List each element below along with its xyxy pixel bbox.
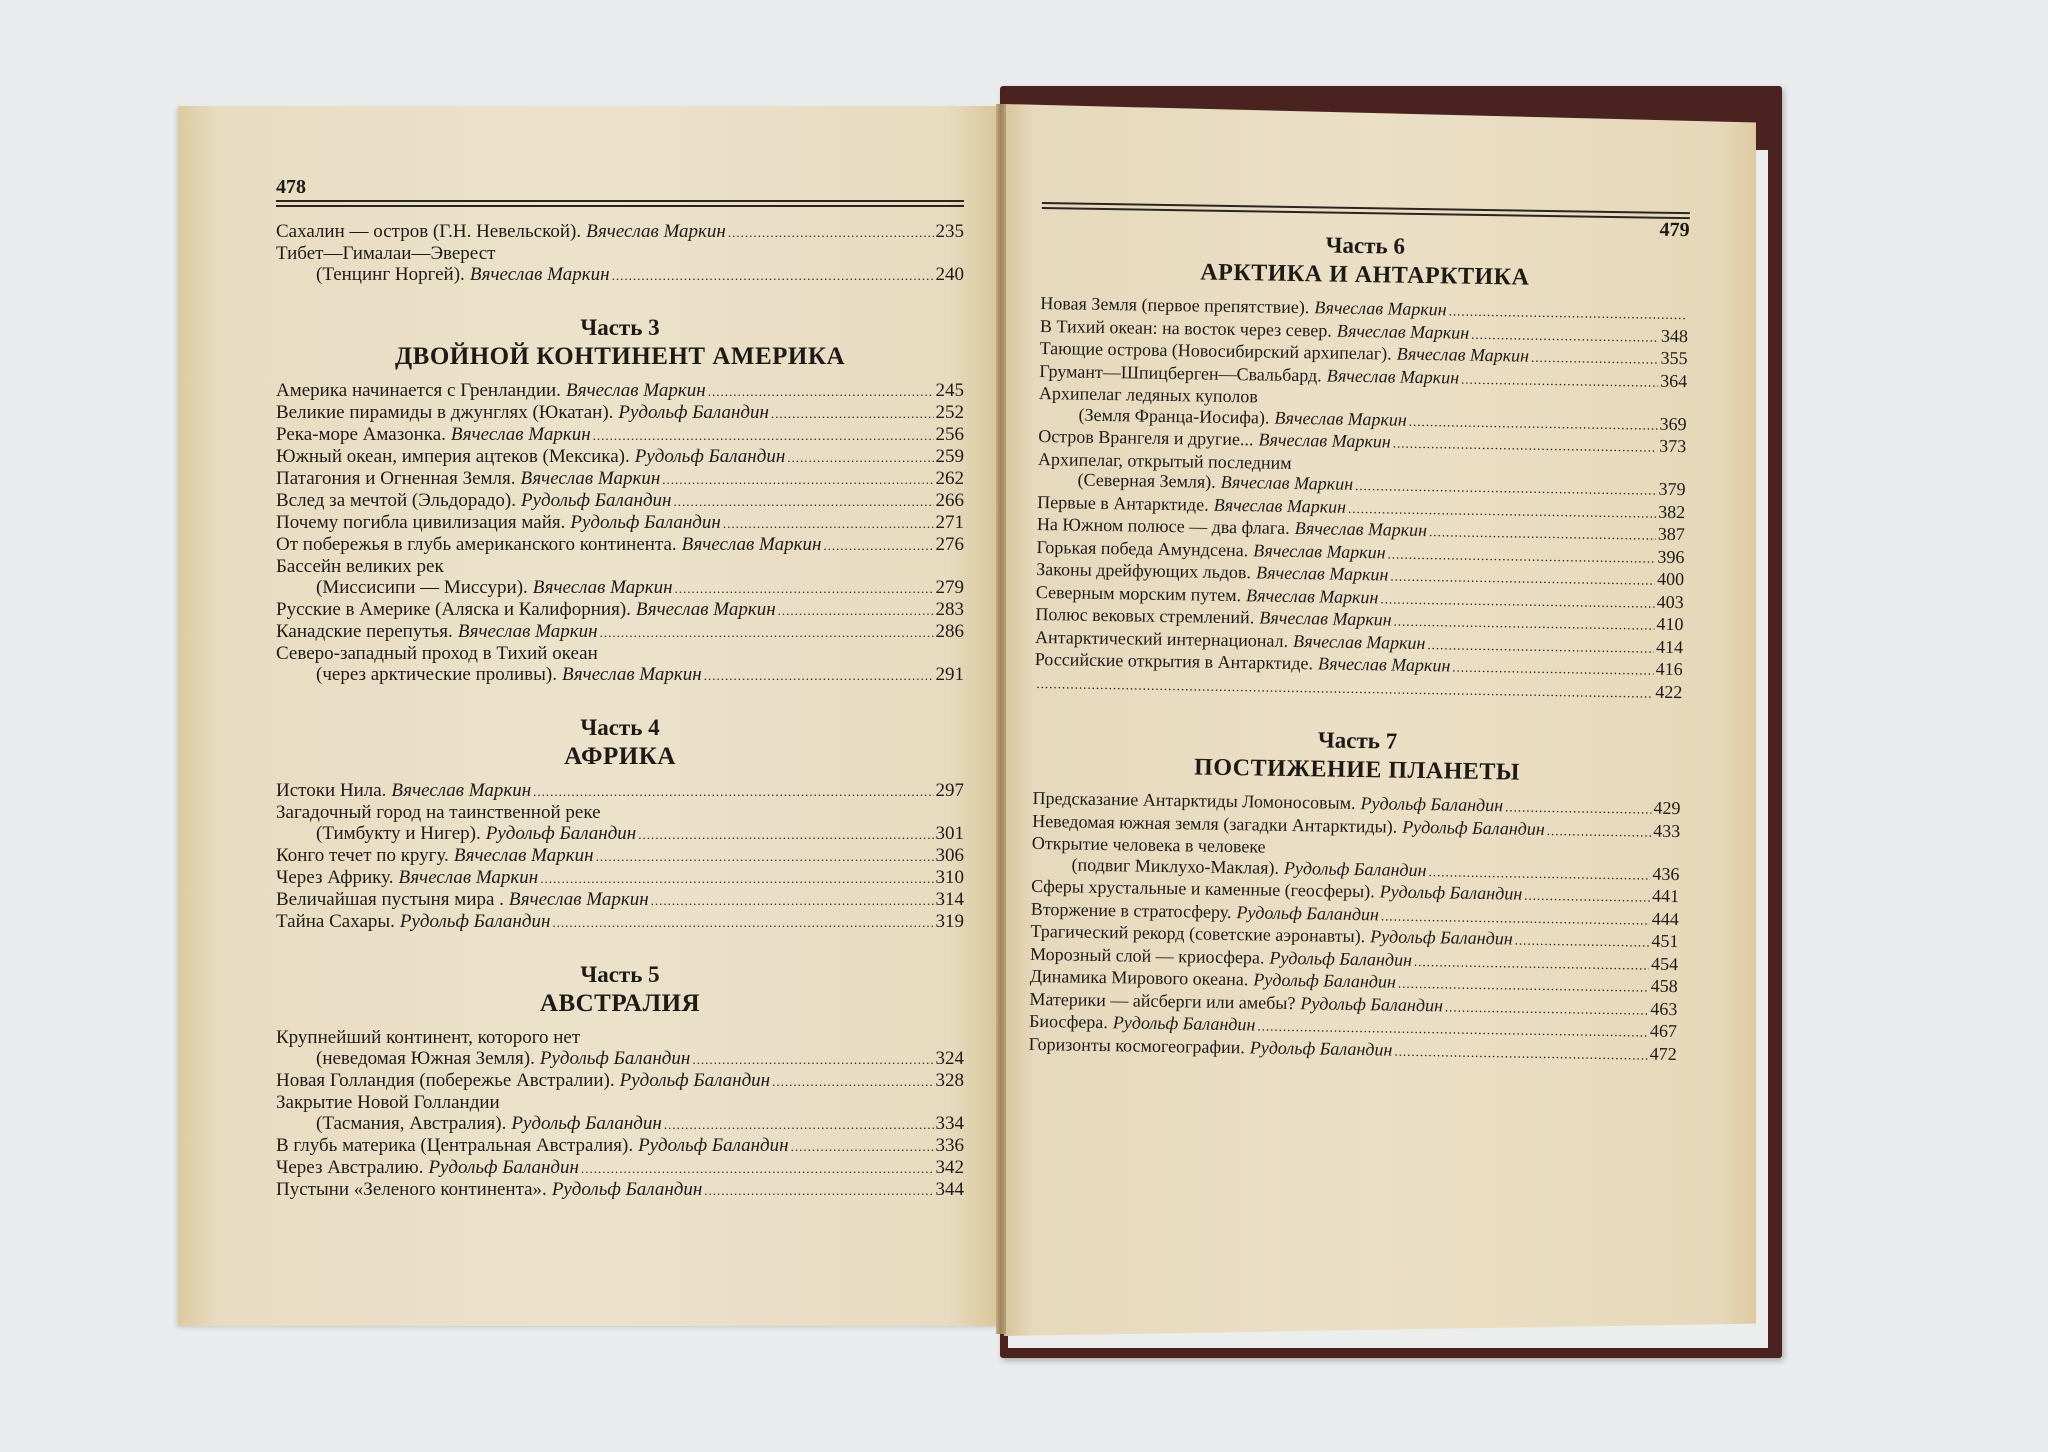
entry-author: Рудольф Баландин	[1300, 993, 1443, 1016]
toc-entry[interactable]: Пустыни «Зеленого континента».Рудольф Ба…	[276, 1179, 964, 1201]
toc-entry[interactable]: Южный океан, империя ацтеков (Мексика).Р…	[276, 446, 964, 468]
entry-title: (подвиг Миклухо-Маклая).	[1071, 854, 1279, 878]
entry-author: Вячеслав Маркин	[1214, 494, 1347, 517]
toc-entry[interactable]: Великие пирамиды в джунглях (Юкатан).Руд…	[276, 402, 964, 424]
entry-title: Северным морским путем.	[1036, 581, 1242, 605]
entry-title: Российские открытия в Антарктиде.	[1035, 649, 1314, 674]
entry-author: Вячеслав Маркин	[566, 380, 706, 401]
toc-entry[interactable]: (Тимбукту и Нигер).Рудольф Баландин301	[276, 823, 964, 845]
toc-entry[interactable]: Через Австралию.Рудольф Баландин342	[276, 1157, 964, 1179]
entry-title: Через Австралию.	[276, 1157, 423, 1178]
entry-page-number: 422	[1655, 681, 1682, 702]
entry-page-number: 259	[936, 446, 965, 467]
toc-entry[interactable]: Тайна Сахары.Рудольф Баландин319	[276, 911, 964, 933]
entry-author: Вячеслав Маркин	[1259, 607, 1392, 630]
entry-page-number: 441	[1652, 886, 1679, 907]
entry-author: Рудольф Баландин	[1236, 902, 1379, 925]
entry-title: Неведомая южная земля (загадки Антарктид…	[1032, 810, 1397, 836]
entry-title: Почему погибла цивилизация майя.	[276, 512, 565, 533]
entry-page-number: 458	[1651, 976, 1678, 997]
toc-left: Сахалин — остров (Г.Н. Невельской).Вячес…	[276, 221, 964, 1201]
entry-author: Вячеслав Маркин	[1246, 585, 1379, 608]
entry-author: Рудольф Баландин	[1253, 969, 1396, 992]
entry-title: Горизонты космогеографии.	[1029, 1033, 1245, 1057]
entry-author: Рудольф Баландин	[540, 1048, 690, 1069]
part-heading: Часть 4АФРИКА	[276, 714, 964, 772]
entry-page-number: 373	[1659, 436, 1686, 457]
dot-leader	[723, 513, 934, 534]
entry-author: Рудольф Баландин	[618, 402, 768, 423]
entry-title: Горькая победа Амундсена.	[1036, 536, 1248, 560]
entry-author: Рудольф Баландин	[400, 911, 550, 932]
entry-title: Полюс вековых стремлений.	[1035, 604, 1254, 628]
entry-author: Вячеслав Маркин	[586, 221, 726, 242]
entry-page-number: 252	[936, 402, 965, 423]
entry-author: Рудольф Баландин	[1370, 926, 1513, 949]
entry-title: Река-море Амазонка.	[276, 424, 446, 445]
toc-entry[interactable]: (неведомая Южная Земля).Рудольф Баландин…	[276, 1048, 964, 1070]
entry-author: Рудольф Баландин	[428, 1157, 578, 1178]
entry-title: (Северная Земля).	[1077, 470, 1215, 493]
entry-author: Вячеслав Маркин	[562, 664, 702, 685]
entry-author: Вячеслав Маркин	[451, 424, 591, 445]
dot-leader	[1449, 301, 1687, 325]
entry-page-number: 467	[1650, 1021, 1677, 1042]
toc-entry[interactable]: Америка начинается с Гренландии.Вячеслав…	[276, 380, 964, 402]
dot-leader	[1390, 567, 1655, 592]
dot-leader	[778, 600, 934, 621]
dot-leader	[823, 535, 933, 556]
entry-page-number: 306	[936, 845, 965, 866]
entry-page-number: 266	[936, 490, 965, 511]
toc-entry[interactable]: Через Африку.Вячеслав Маркин310	[276, 867, 964, 889]
part-number: Часть 4	[276, 714, 964, 742]
entry-title: Сахалин — остров (Г.Н. Невельской).	[276, 221, 581, 242]
toc-entry-first-line: Бассейн великих рек	[276, 556, 964, 577]
entry-title: Морозный слой — криосфера.	[1030, 943, 1265, 967]
toc-entry[interactable]: Истоки Нила.Вячеслав Маркин297	[276, 780, 964, 802]
dot-leader	[1380, 589, 1655, 614]
entry-title: Тающие острова (Новосибирский архипелаг)…	[1040, 338, 1392, 364]
entry-author: Рудольф Баландин	[570, 512, 720, 533]
entry-title: Истоки Нила.	[276, 780, 386, 801]
entry-page-number: 286	[936, 621, 965, 642]
entry-title: Пустыни «Зеленого континента».	[276, 1179, 547, 1200]
part-number: Часть 3	[276, 314, 964, 342]
dot-leader	[1515, 931, 1650, 954]
dot-leader	[612, 265, 934, 286]
entry-title: Вторжение в стратосферу.	[1031, 898, 1232, 922]
entry-author: Рудольф Баландин	[1284, 857, 1427, 880]
toc-entry[interactable]: (Миссисипи — Миссури).Вячеслав Маркин279	[276, 577, 964, 599]
entry-author: Рудольф Баландин	[1250, 1037, 1393, 1060]
entry-page-number: 245	[936, 380, 965, 401]
entry-title: (через арктические проливы).	[316, 664, 557, 685]
entry-author: Рудольф Баландин	[552, 1179, 702, 1200]
entry-author: Вячеслав Маркин	[1274, 407, 1407, 430]
entry-author: Рудольф Баландин	[1269, 947, 1412, 970]
entry-page-number: 429	[1653, 798, 1680, 819]
page-number-right: 479	[1659, 219, 1689, 241]
dot-leader	[1531, 348, 1659, 371]
entry-page-number: 271	[936, 512, 965, 533]
entry-title: Трагический рекорд (советские аэронавты)…	[1030, 921, 1365, 947]
dot-leader	[1547, 821, 1652, 843]
entry-page-number: 410	[1656, 614, 1683, 635]
entry-author: Рудольф Баландин	[638, 1135, 788, 1156]
entry-author: Рудольф Баландин	[1380, 881, 1523, 904]
toc-entry[interactable]: Конго течет по кругу.Вячеслав Маркин306	[276, 845, 964, 867]
book-gutter	[996, 104, 1006, 1334]
entry-author: Вячеслав Маркин	[682, 534, 822, 555]
entry-page-number: 364	[1660, 370, 1687, 391]
dot-leader	[651, 890, 934, 911]
entry-page-number: 396	[1657, 546, 1684, 567]
toc-entry-first-line: Северо-западный проход в Тихий океан	[276, 643, 964, 664]
entry-page-number: 444	[1652, 908, 1679, 929]
dot-leader	[1429, 522, 1656, 546]
entry-author: Вячеслав Маркин	[391, 780, 531, 801]
toc-entry[interactable]: Новая Голландия (побережье Австралии).Ру…	[276, 1070, 964, 1092]
dot-leader	[593, 425, 934, 446]
entry-page-number: 416	[1656, 659, 1683, 680]
entry-page-number: 310	[936, 867, 965, 888]
toc-entry-first-line: Тибет—Гималаи—Эверест	[276, 243, 964, 264]
dot-leader	[552, 912, 933, 933]
entry-page-number: 379	[1658, 479, 1685, 500]
toc-entry-first-line: Загадочный город на таинственной реке	[276, 802, 964, 823]
part-title: АВСТРАЛИЯ	[276, 989, 964, 1019]
entry-author: Вячеслав Маркин	[1327, 365, 1460, 388]
entry-title: Новая Земля (первое препятствие).	[1040, 293, 1309, 318]
toc-entry[interactable]: От побережья в глубь американского конти…	[276, 534, 964, 556]
entry-title: Новая Голландия (побережье Австралии).	[276, 1070, 615, 1091]
entry-title: Грумант—Шпицберген—Свальбард.	[1039, 360, 1322, 385]
entry-title: Биосфера.	[1029, 1011, 1108, 1033]
dot-leader	[581, 1158, 934, 1179]
entry-author: Рудольф Баландин	[521, 490, 671, 511]
entry-author: Рудольф Баландин	[620, 1070, 770, 1091]
toc-entry-first-line: Закрытие Новой Голландии	[276, 1092, 964, 1113]
dot-leader	[662, 469, 933, 490]
left-page-content: 478 Сахалин — остров (Г.Н. Невельской).В…	[276, 176, 964, 1201]
toc-entry[interactable]: Патагония и Огненная Земля.Вячеслав Марк…	[276, 468, 964, 490]
entry-author: Вячеслав Маркин	[1256, 562, 1389, 585]
dot-leader	[791, 1136, 934, 1157]
entry-page-number: 314	[936, 889, 965, 910]
dot-leader	[1409, 411, 1658, 435]
entry-author: Рудольф Баландин	[635, 446, 785, 467]
entry-page-number: 433	[1653, 820, 1680, 841]
entry-author: Вячеслав Маркин	[636, 599, 776, 620]
entry-page-number: 328	[936, 1070, 965, 1091]
entry-page-number: 400	[1657, 569, 1684, 590]
dot-leader	[1471, 324, 1659, 347]
part-heading: Часть 3ДВОЙНОЙ КОНТИНЕНТ АМЕРИКА	[276, 314, 964, 372]
dot-leader	[1393, 434, 1658, 459]
dot-leader	[787, 447, 933, 468]
entry-page-number: 348	[1661, 325, 1688, 346]
entry-title: Антарктический интернационал.	[1035, 626, 1288, 650]
dot-leader	[728, 222, 934, 243]
entry-page-number: 403	[1657, 591, 1684, 612]
entry-page-number: 334	[936, 1113, 965, 1134]
entry-page-number: 319	[936, 911, 965, 932]
toc-entry[interactable]: Вслед за мечтой (Эльдорадо).Рудольф Бала…	[276, 490, 964, 512]
entry-page-number: 336	[936, 1135, 965, 1156]
page-number-left: 478	[276, 176, 964, 198]
right-page-content: 479 Часть 6АРКТИКА И АНТАРКТИКАНовая Зем…	[1029, 200, 1690, 1066]
part-title: ДВОЙНОЙ КОНТИНЕНТ АМЕРИКА	[276, 342, 964, 372]
entry-title: (неведомая Южная Земля).	[316, 1048, 535, 1069]
dot-leader	[692, 1049, 933, 1070]
toc-entry[interactable]: Русские в Америке (Аляска и Калифорния).…	[276, 599, 964, 621]
entry-author: Рудольф Баландин	[1402, 816, 1545, 839]
entry-author: Вячеслав Маркин	[1253, 540, 1386, 563]
dot-leader	[1452, 658, 1654, 682]
dot-leader	[1461, 369, 1658, 393]
dot-leader	[533, 781, 933, 802]
dot-leader	[771, 403, 934, 424]
dot-leader	[704, 1180, 933, 1201]
entry-page-number: 235	[936, 221, 965, 242]
entry-page-number: 301	[936, 823, 965, 844]
entry-page-number: 451	[1651, 931, 1678, 952]
entry-title: Вслед за мечтой (Эльдорадо).	[276, 490, 516, 511]
dot-leader	[1427, 635, 1654, 659]
entry-page-number: 291	[936, 664, 965, 685]
toc-entry[interactable]: Почему погибла цивилизация майя.Рудольф …	[276, 512, 964, 534]
dot-leader	[1394, 1041, 1648, 1065]
entry-title: Первые в Антарктиде.	[1037, 491, 1209, 514]
entry-title: Русские в Америке (Аляска и Калифорния).	[276, 599, 631, 620]
toc-entry[interactable]: (Тенцинг Норгей).Вячеслав Маркин240	[276, 264, 964, 286]
dot-leader	[600, 622, 934, 643]
toc-entry[interactable]: Река-море Амазонка.Вячеслав Маркин256	[276, 424, 964, 446]
dot-leader	[1524, 886, 1650, 908]
entry-page-number: 387	[1658, 524, 1685, 545]
entry-title: (Тасмания, Австралия).	[316, 1113, 506, 1134]
entry-page-number: 369	[1659, 413, 1686, 434]
entry-page-number: 276	[936, 534, 965, 555]
entry-page-number: 342	[936, 1157, 965, 1178]
entry-author: Вячеслав Маркин	[521, 468, 661, 489]
entry-title: Динамика Мирового океана.	[1030, 966, 1249, 990]
entry-title: Материки — айсберги или амебы?	[1029, 988, 1295, 1013]
toc-entry[interactable]: (через арктические проливы).Вячеслав Мар…	[276, 664, 964, 686]
entry-author: Вячеслав Маркин	[454, 845, 594, 866]
entry-page-number: 454	[1651, 953, 1678, 974]
entry-title: (Тенцинг Норгей).	[316, 264, 465, 285]
entry-page-number: 414	[1656, 636, 1683, 657]
dot-leader	[772, 1071, 933, 1092]
entry-author: Вячеслав Маркин	[1397, 344, 1530, 367]
entry-title: От побережья в глубь американского конти…	[276, 534, 677, 555]
toc-entry-first-line: Крупнейший континент, которого нет	[276, 1027, 964, 1048]
part-heading: Часть 5АВСТРАЛИЯ	[276, 961, 964, 1019]
dot-leader	[708, 381, 934, 402]
entry-page-number: 256	[936, 424, 965, 445]
entry-page-number: 382	[1658, 501, 1685, 522]
dot-leader	[1445, 997, 1649, 1021]
entry-author: Вячеслав Маркин	[533, 577, 673, 598]
dot-leader	[638, 824, 933, 845]
entry-page-number: 283	[936, 599, 965, 620]
entry-page-number: 324	[936, 1048, 965, 1069]
entry-author: Рудольф Баландин	[486, 823, 636, 844]
entry-author: Вячеслав Маркин	[1295, 518, 1428, 541]
entry-page-number: 279	[936, 577, 965, 598]
entry-page-number: 472	[1650, 1043, 1677, 1064]
entry-page-number: 240	[936, 264, 965, 285]
entry-page-number: 262	[936, 468, 965, 489]
toc-entry[interactable]: Канадские перепутья.Вячеслав Маркин286	[276, 621, 964, 643]
toc-entry[interactable]: Величайшая пустыня мира .Вячеслав Маркин…	[276, 889, 964, 911]
entry-title: На Южном полюсе — два флага.	[1037, 514, 1290, 538]
entry-author: Вячеслав Маркин	[509, 889, 649, 910]
entry-author: Вячеслав Маркин	[1258, 429, 1391, 452]
entry-page-number: 344	[936, 1179, 965, 1200]
entry-author: Вячеслав Маркин	[458, 621, 598, 642]
entry-title: Канадские перепутья.	[276, 621, 453, 642]
entry-title: Законы дрейфующих льдов.	[1036, 559, 1251, 583]
toc-right: Часть 6АРКТИКА И АНТАРКТИКАНовая Земля (…	[1029, 227, 1690, 1066]
dot-leader	[1505, 797, 1652, 820]
entry-page-number: 463	[1650, 998, 1677, 1019]
entry-author: Вячеслав Маркин	[1293, 630, 1426, 653]
entry-title: Южный океан, империя ацтеков (Мексика).	[276, 446, 630, 467]
entry-author: Вячеслав Маркин	[470, 264, 610, 285]
entry-page-number: 436	[1652, 863, 1679, 884]
dot-leader	[673, 491, 933, 512]
dot-leader	[596, 846, 934, 867]
entry-author: Вячеслав Маркин	[1337, 320, 1470, 343]
dot-leader	[1414, 951, 1649, 975]
toc-entry[interactable]: В глубь материка (Центральная Австралия)…	[276, 1135, 964, 1157]
entry-title: Тайна Сахары.	[276, 911, 395, 932]
entry-page-number: 297	[936, 780, 965, 801]
entry-page-number: 355	[1660, 348, 1687, 369]
dot-leader	[675, 578, 934, 599]
entry-title: Остров Врангеля и другие...	[1038, 426, 1253, 450]
dot-leader	[1387, 544, 1655, 569]
entry-title: Великие пирамиды в джунглях (Юкатан).	[276, 402, 613, 423]
entry-title: Патагония и Огненная Земля.	[276, 468, 516, 489]
entry-author: Рудольф Баландин	[511, 1113, 661, 1134]
entry-author: Рудольф Баландин	[1113, 1012, 1256, 1035]
part-heading: Часть 7ПОСТИЖЕНИЕ ПЛАНЕТЫ	[1033, 722, 1682, 790]
entry-title: (Миссисипи — Миссури).	[316, 577, 528, 598]
part-number: Часть 5	[276, 961, 964, 989]
dot-leader	[664, 1114, 934, 1135]
header-rule	[276, 200, 964, 207]
entry-author: Рудольф Баландин	[1360, 793, 1503, 816]
entry-title: Величайшая пустыня мира .	[276, 889, 504, 910]
toc-entry[interactable]: (Тасмания, Австралия).Рудольф Баландин33…	[276, 1113, 964, 1135]
entry-author: Вячеслав Маркин	[1314, 297, 1447, 320]
entry-title: Предсказание Антарктиды Ломоносовым.	[1032, 788, 1355, 814]
dot-leader	[540, 868, 933, 889]
dot-leader	[1393, 612, 1654, 637]
dot-leader	[704, 665, 934, 686]
toc-entry[interactable]: Сахалин — остров (Г.Н. Невельской).Вячес…	[276, 221, 964, 243]
entry-title: (Тимбукту и Нигер).	[316, 823, 481, 844]
entry-title: Конго течет по кругу.	[276, 845, 449, 866]
entry-title: Через Африку.	[276, 867, 394, 888]
entry-title: Америка начинается с Гренландии.	[276, 380, 561, 401]
entry-title: В Тихий океан: на восток через север.	[1040, 315, 1332, 340]
entry-author: Вячеслав Маркин	[399, 867, 539, 888]
entry-title: Сферы хрустальные и каменные (геосферы).	[1031, 876, 1375, 902]
entry-author: Вячеслав Маркин	[1318, 653, 1451, 676]
part-title: АФРИКА	[276, 742, 964, 772]
entry-author: Вячеслав Маркин	[1221, 472, 1354, 495]
entry-title: В глубь материка (Центральная Австралия)…	[276, 1135, 633, 1156]
entry-title: (Земля Франца-Иосифа).	[1078, 404, 1269, 427]
